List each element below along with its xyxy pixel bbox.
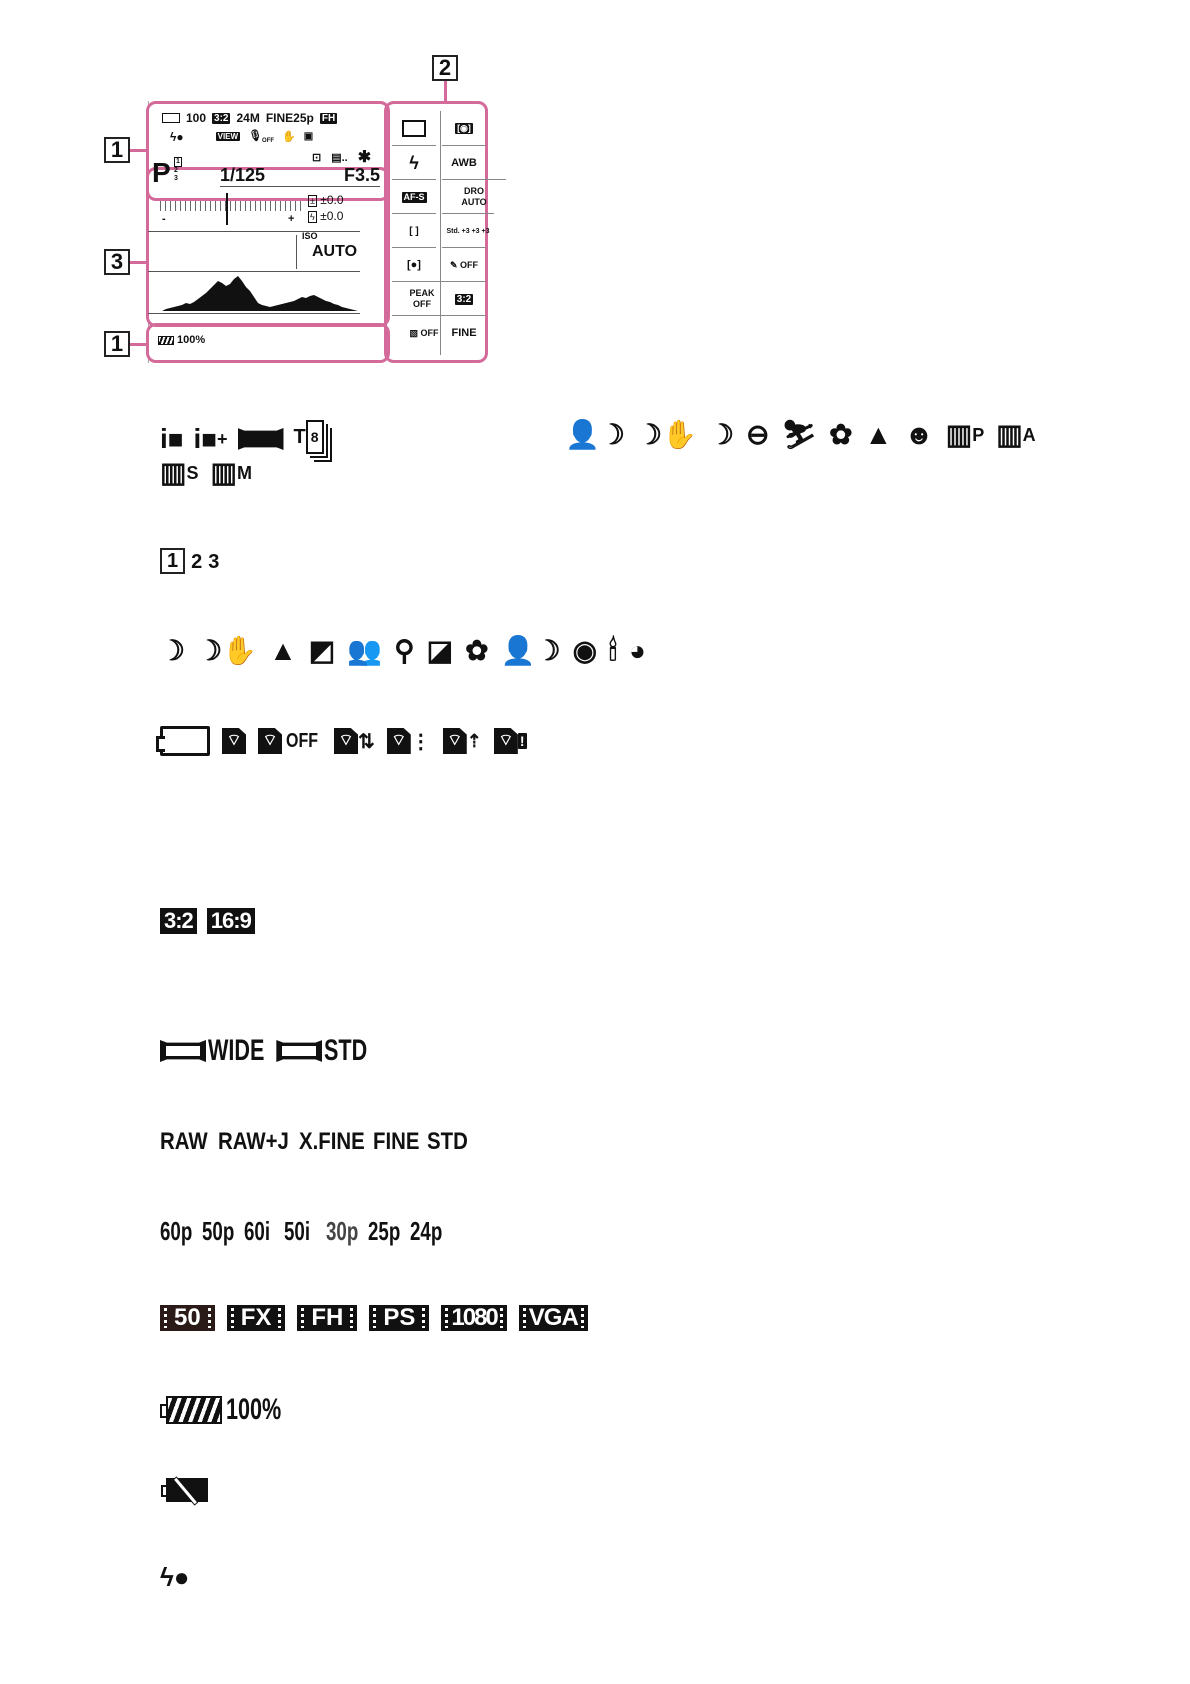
picture-effect-off: ✎ OFF bbox=[442, 247, 486, 282]
memory-recall-indicator: 1 2 3 bbox=[174, 157, 182, 183]
dro-auto: DRO AUTO bbox=[442, 179, 506, 214]
movie-aperture-icon: ▥A bbox=[996, 420, 1035, 450]
meter-center-mark bbox=[226, 193, 228, 225]
quality-standard: STD bbox=[427, 1128, 468, 1156]
leader-2 bbox=[444, 81, 447, 101]
quality-fine: FINE bbox=[373, 1128, 419, 1156]
memory-card-icon bbox=[162, 113, 180, 123]
sports-icon: ⛷ bbox=[782, 420, 818, 450]
battery-icon bbox=[158, 336, 174, 345]
quality-raw: RAW bbox=[160, 1128, 208, 1156]
frame-rate-60i: 60i bbox=[244, 1216, 271, 1247]
focus-mode-icon: AF-S bbox=[392, 179, 436, 214]
wifi-card-transfer-icon: ⌔⇅ bbox=[334, 728, 375, 754]
battery-full-icon bbox=[166, 1396, 222, 1424]
frame-rate-25p: 25p bbox=[368, 1216, 397, 1247]
focus-area-icon: [ ] bbox=[392, 213, 436, 248]
intelligent-auto-icon: i■ bbox=[160, 424, 184, 454]
movie-size-fx: FX bbox=[227, 1305, 286, 1331]
quality: FINE bbox=[266, 111, 293, 125]
infant-icon: ◕ bbox=[629, 636, 646, 666]
movie-shutter-icon: ▥S bbox=[160, 458, 198, 488]
frame-rate-50i: 50i bbox=[284, 1216, 313, 1247]
steadyshot-icon: ✋ bbox=[282, 130, 296, 143]
night-portrait-icon: 👤☽ bbox=[565, 420, 625, 450]
wifi-card-standby-icon: ⌔⋮ bbox=[387, 728, 431, 754]
memory-recall-1: 1 bbox=[160, 548, 185, 574]
movie-size-ps: PS bbox=[369, 1305, 429, 1331]
frame-rate-60p: 60p bbox=[160, 1216, 189, 1247]
aspect-ratio: 3:2 bbox=[442, 281, 486, 316]
frame-rate-30p: 30p bbox=[326, 1216, 355, 1247]
wifi-card-error-icon: ⌔! bbox=[494, 728, 527, 754]
battery-percent: 100% bbox=[226, 1393, 281, 1427]
legend-battery-empty bbox=[160, 1478, 208, 1502]
exposure-row: 1/125 F3.5 bbox=[220, 165, 380, 187]
sweep-panorama-icon bbox=[238, 428, 284, 450]
legend-wifi: ⌔ ⌔OFF ⌔⇅ ⌔⋮ ⌔⇡ ⌔! bbox=[160, 726, 527, 756]
divider-exposure bbox=[148, 231, 360, 232]
wifi-card-upload-icon: ⌔⇡ bbox=[443, 728, 482, 754]
wifi-card-off-icon: ⌔OFF bbox=[258, 728, 322, 754]
memory-card-icon bbox=[160, 726, 210, 756]
view-badge: VIEW bbox=[216, 132, 240, 141]
night-scene-icon: ☽ bbox=[160, 636, 185, 666]
status-row-3: ⊡ ▤.. ✱ bbox=[312, 147, 371, 167]
battery-status: 100% bbox=[158, 334, 205, 346]
legend-image-quality: RAW RAW+J X.FINE FINE STD bbox=[160, 1128, 475, 1156]
drive-mode-icon bbox=[392, 111, 436, 145]
movie-size-fh: FH bbox=[297, 1305, 357, 1331]
night-portrait-icon: 👤☽ bbox=[501, 636, 561, 666]
tripod-icon: ⚲ bbox=[394, 636, 415, 666]
legend-battery: 100% bbox=[160, 1393, 303, 1427]
landscape-icon: ▲ bbox=[865, 420, 893, 450]
legend-movie-modes: ▥S ▥M bbox=[160, 458, 252, 488]
callout-1-top: 1 bbox=[104, 137, 130, 163]
panorama-wide: WIDE bbox=[160, 1034, 266, 1068]
right-panel-right-col: [◉] AWB DRO AUTO Std. +3 +3 +3 ✎ OFF 3:2… bbox=[442, 111, 486, 355]
legend-scene-recognition: ☽ ☽✋ ▲ ◩ 👥 ⚲ ◪ ✿ 👤☽ ◉ 🕯 ◕ bbox=[160, 636, 646, 666]
movie-program-icon: ▥P bbox=[946, 420, 984, 450]
iso-label: ISO bbox=[302, 231, 318, 241]
shooting-mode: P bbox=[152, 159, 171, 187]
macro-icon: ✿ bbox=[829, 420, 852, 450]
panorama-icon bbox=[160, 1040, 206, 1062]
movie-size-50: 50 bbox=[160, 1305, 215, 1331]
panorama-std: STD bbox=[276, 1034, 384, 1068]
flash-compensation: ϟ ±0.0 bbox=[308, 209, 343, 223]
callout-2: 2 bbox=[432, 55, 458, 81]
movie-manual-icon: ▥M bbox=[210, 458, 251, 488]
callout-1-bottom: 1 bbox=[104, 331, 130, 357]
exposure-meter bbox=[160, 201, 302, 211]
landscape-icon: ▲ bbox=[269, 636, 297, 666]
divider-iso bbox=[296, 235, 297, 269]
superior-auto-icon: i■+ bbox=[194, 424, 228, 454]
panorama-icon bbox=[276, 1040, 322, 1062]
backlight-icon: ◪ bbox=[427, 636, 453, 666]
callout-3: 3 bbox=[104, 249, 130, 275]
image-size: 24M bbox=[236, 111, 259, 125]
frame-rate-24p: 24p bbox=[410, 1216, 439, 1247]
portrait-icon: ☻ bbox=[904, 420, 933, 450]
continuous-8-icon: T8 bbox=[294, 420, 324, 454]
movie-size-badge: FH bbox=[320, 113, 337, 124]
status-row-1: 100 3:2 24M FINE 25p FH bbox=[162, 111, 337, 125]
aspect-3-2-badge: 3:2 bbox=[160, 908, 197, 934]
ev-icon: ± bbox=[308, 195, 317, 207]
quality-extra-fine: X.FINE bbox=[299, 1128, 365, 1156]
aspect-16-9-badge: 16:9 bbox=[207, 908, 255, 934]
shutter-speed: 1/125 bbox=[220, 165, 265, 186]
wifi-card-icon: ⌔ bbox=[222, 728, 246, 754]
frame-rate-50p: 50p bbox=[202, 1216, 231, 1247]
ae-lock-icon: ✱ bbox=[358, 147, 371, 167]
flash-comp-icon: ϟ bbox=[308, 211, 317, 223]
flash-charge-icon: ϟ● bbox=[170, 130, 184, 144]
handheld-twilight-icon: ☽✋ bbox=[637, 420, 697, 450]
legend-memory-recall: 1 2 3 bbox=[160, 548, 219, 574]
mic-off-icon: 🎙OFF bbox=[248, 129, 274, 144]
night-scene-icon: ☽ bbox=[709, 420, 734, 450]
memory-recall-3: 3 bbox=[208, 551, 219, 574]
meter-minus: - bbox=[162, 213, 166, 225]
histogram bbox=[162, 271, 358, 311]
aspect-ratio-badge: 3:2 bbox=[212, 113, 230, 124]
macro-icon: ✿ bbox=[465, 636, 488, 666]
battery-empty-icon bbox=[166, 1478, 208, 1502]
creative-style: Std. +3 +3 +3 bbox=[442, 213, 494, 248]
legend-aspect-ratio: 3:2 16:9 bbox=[160, 908, 255, 934]
flash-charging-icon: ϟ● bbox=[160, 1562, 189, 1592]
spotlight-icon: ◉ bbox=[573, 636, 597, 666]
quality-fine: FINE bbox=[442, 315, 486, 350]
face-detection-icon: [●] bbox=[392, 247, 436, 282]
backlight-portrait-icon: ◩ bbox=[309, 636, 335, 666]
legend-movie-sizes: 50 FX FH PS 1080 VGA bbox=[160, 1305, 588, 1331]
white-balance: AWB bbox=[442, 145, 486, 180]
metering-mode-icon: [◉] bbox=[442, 111, 486, 145]
movie-size-vga: VGA bbox=[519, 1305, 588, 1331]
frame-rate: 25p bbox=[293, 111, 314, 125]
legend-shooting-modes: i■ i■+ T8 bbox=[160, 420, 324, 454]
meter-plus: + bbox=[288, 213, 294, 225]
exposure-compensation: ± ±0.0 bbox=[308, 193, 344, 207]
movie-size-1080: 1080 bbox=[441, 1305, 506, 1331]
sunset-icon: ⊖ bbox=[746, 420, 769, 450]
right-panel-divider bbox=[440, 111, 441, 355]
divider-bottom bbox=[148, 313, 360, 314]
legend-panorama-size: WIDE STD bbox=[160, 1034, 384, 1068]
legend-scene-modes: 👤☽ ☽✋ ☽ ⊖ ⛷ ✿ ▲ ☻ ▥P ▥A bbox=[565, 420, 1036, 450]
aperture: F3.5 bbox=[344, 165, 380, 186]
right-panel-left-col: ϟ AF-S [ ] [●] PEAK OFF ▧ OFF bbox=[392, 111, 436, 355]
memory-recall-2: 2 bbox=[191, 551, 202, 574]
location-icon: ▣ bbox=[304, 131, 313, 142]
lcd-diagram: 2 1 3 1 100 3:2 24M FINE 25p FH ϟ● VIEW … bbox=[100, 55, 500, 375]
quality-raw-jpeg: RAW+J bbox=[218, 1128, 289, 1156]
status-row-2: ϟ● VIEW 🎙OFF ✋ ▣ bbox=[170, 129, 313, 144]
legend-frame-rates: 60p 50p 60i 50i 30p 25p 24p bbox=[160, 1216, 450, 1247]
legend-flash-charging: ϟ● bbox=[160, 1562, 189, 1592]
low-light-icon: 🕯 bbox=[609, 636, 617, 666]
portrait-icon: 👥 bbox=[347, 636, 382, 666]
flash-mode-icon: ϟ bbox=[392, 145, 436, 180]
shots-remaining: 100 bbox=[186, 111, 206, 125]
handheld-night-icon: ☽✋ bbox=[197, 636, 257, 666]
aspect-shift-icon: ⊡ bbox=[312, 151, 321, 164]
face-registration-icon: ▤.. bbox=[331, 151, 348, 164]
iso-value: AUTO bbox=[312, 243, 357, 261]
